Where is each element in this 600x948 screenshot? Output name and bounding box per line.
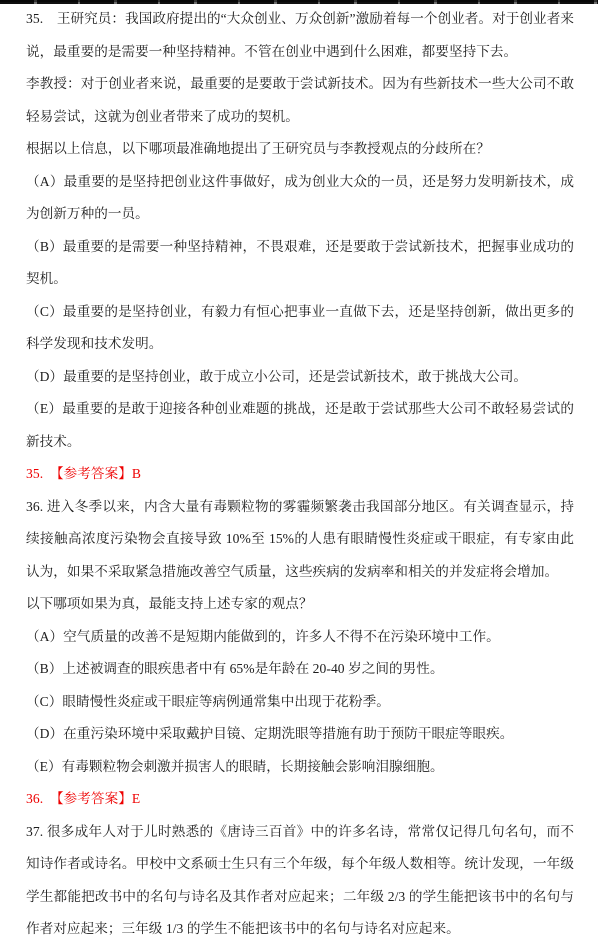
question-36-option-a: （A）空气质量的改善不是短期内能做到的，许多人不得不在污染环境中工作。 xyxy=(26,621,574,654)
question-35-stem-professor: 李教授：对于创业者来说，最重要的是要敢于尝试新技术。因为有些新技术一些大公司不敢… xyxy=(26,68,574,133)
previous-line-fragment xyxy=(0,0,598,4)
question-36-prompt: 以下哪项如果为真，最能支持上述专家的观点？ xyxy=(26,588,574,621)
question-35-answer-line: 35. 【参考答案】B xyxy=(26,458,574,491)
question-35-stem-researcher: 35. 王研究员：我国政府提出的“大众创业、万众创新”激励着每一个创业者。对于创… xyxy=(26,3,574,68)
document-page: 35. 王研究员：我国政府提出的“大众创业、万众创新”激励着每一个创业者。对于创… xyxy=(0,0,600,948)
question-35-prompt: 根据以上信息，以下哪项最准确地提出了王研究员与李教授观点的分歧所在？ xyxy=(26,133,574,166)
question-36-stem: 36. 进入冬季以来，内含大量有毒颗粒物的雾霾频繁袭击我国部分地区。有关调查显示… xyxy=(26,491,574,589)
question-37: 37. 很多成年人对于儿时熟悉的《唐诗三百首》中的许多名诗，常常仅记得几句名句，… xyxy=(26,816,574,946)
question-36-option-c: （C）眼睛慢性炎症或干眼症等病例通常集中出现于花粉季。 xyxy=(26,686,574,719)
question-36-answer-line: 36. 【参考答案】E xyxy=(26,783,574,816)
question-35-option-d: （D）最重要的是坚持创业，敢于成立小公司，还是尝试新技术，敢于挑战大公司。 xyxy=(26,361,574,394)
question-35-option-e: （E）最重要的是敢于迎接各种创业难题的挑战，还是敢于尝试那些大公司不敢轻易尝试的… xyxy=(26,393,574,458)
question-37-stem: 37. 很多成年人对于儿时熟悉的《唐诗三百首》中的许多名诗，常常仅记得几句名句，… xyxy=(26,816,574,946)
question-35-option-a: （A）最重要的是坚持把创业这件事做好，成为创业大众的一员，还是努力发明新技术，成… xyxy=(26,166,574,231)
question-36: 36. 进入冬季以来，内含大量有毒颗粒物的雾霾频繁袭击我国部分地区。有关调查显示… xyxy=(26,491,574,816)
question-35: 35. 王研究员：我国政府提出的“大众创业、万众创新”激励着每一个创业者。对于创… xyxy=(26,3,574,491)
question-36-option-e: （E）有毒颗粒物会刺激并损害人的眼睛，长期接触会影响泪腺细胞。 xyxy=(26,751,574,784)
question-36-option-d: （D）在重污染环境中采取戴护目镜、定期洗眼等措施有助于预防干眼症等眼疾。 xyxy=(26,718,574,751)
question-36-option-b: （B）上述被调查的眼疾患者中有 65%是年龄在 20-40 岁之间的男性。 xyxy=(26,653,574,686)
question-35-option-b: （B）最重要的是需要一种坚持精神，不畏艰难，还是要敢于尝试新技术，把握事业成功的… xyxy=(26,231,574,296)
question-35-option-c: （C）最重要的是坚持创业，有毅力有恒心把事业一直做下去，还是坚持创新，做出更多的… xyxy=(26,296,574,361)
